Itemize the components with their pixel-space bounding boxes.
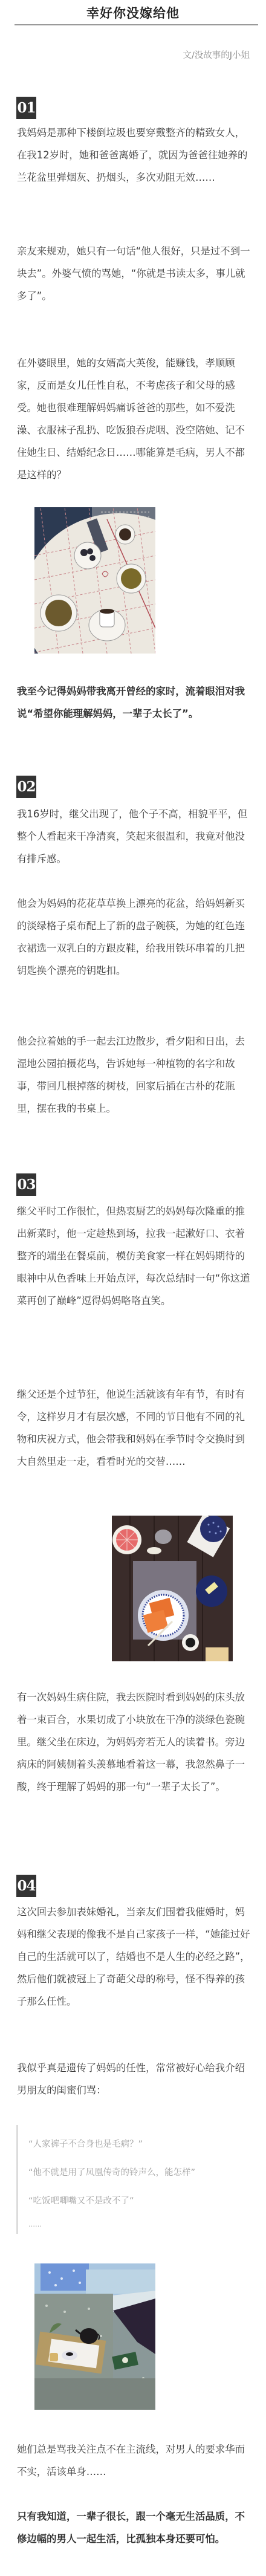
illustration-table-setting-tea: [34, 507, 155, 654]
article-title: 幸好你没嫁给他: [0, 4, 266, 22]
section-badge-03: 03: [16, 1173, 36, 1196]
title-divider: [15, 24, 258, 25]
paragraph: 在外婆眼里，她的女婿高大英俊，能赚钱，孝顺顾家，反而是女儿任性自私，不考虑孩子和…: [17, 352, 250, 486]
breakfast-illustration-art: [112, 1516, 233, 1661]
paragraph: 继父平时工作很忙，但热衷厨艺的妈妈每次隆重的推出新菜时，他一定趁热到场，拉我一起…: [17, 1200, 250, 1312]
illustration-bed-teapot: [34, 2263, 155, 2410]
paragraph: 他会为妈妈的花花草草换上漂亮的花盆，给妈妈新买的淡绿格子桌布配上了新的盘子碗筷，…: [17, 892, 250, 982]
section-badge-04: 04: [16, 1875, 36, 1897]
section-badge-02: 02: [16, 776, 36, 798]
paragraph: 他会拉着她的手一起去江边散步，看夕阳和日出，去湿地公园拍摄花鸟，告诉她每一种植物…: [17, 1030, 250, 1120]
table-setting-illustration-art: [34, 507, 155, 654]
quote-line: “他不就是用了凤凰传奇的铃声么，能怎样”: [28, 2166, 195, 2178]
quote-ellipsis: ……: [28, 2221, 42, 2228]
section-badge-01: 01: [16, 97, 36, 119]
paragraph: 有一次妈妈生病住院，我去医院时看到妈妈的床头放着一束百合，水果切成了小块放在干净…: [17, 1686, 250, 1798]
friends-quotes-block: “人家裤子不合身也是毛病？” “他不就是用了凤凰传奇的铃声么，能怎样” “吃饭吧…: [16, 2125, 246, 2234]
bed-teapot-illustration-art: [34, 2263, 155, 2410]
paragraph: 继父还是个过节狂，他说生活就该有年有节，有时有令，这样岁月才有层次感，不同的节日…: [17, 1383, 250, 1473]
quote-line: “吃饭吧唧嘴又不是改不了”: [28, 2194, 134, 2207]
closing-paragraph: 只有我知道，一辈子很长，跟一个毫无生活品质，不修边幅的男人一起生活，比孤独本身还…: [17, 2505, 250, 2550]
paragraph: 她们总是骂我关注点不在主流线，对男人的要求华而不实，活该单身……: [17, 2438, 250, 2483]
paragraph: 我似乎真是遗传了妈妈的任性，常常被好心给我介绍男朋友的闺蜜们骂：: [17, 2057, 250, 2101]
article-byline: 文/没故事的J小姐: [183, 48, 250, 61]
quote-line: “人家裤子不合身也是毛病？”: [28, 2137, 143, 2150]
closing-paragraph: 我至今记得妈妈带我离开曾经的家时，流着眼泪对我说“希望你能理解妈妈，一辈子太长了…: [17, 680, 250, 725]
paragraph: 我16岁时，继父出现了，他个子不高，相貌平平，但整个人看起来干净清爽，笑起来很温…: [17, 803, 250, 870]
illustration-breakfast-table: [112, 1516, 233, 1661]
paragraph: 亲友来规劝，她只有一句话“他人很好，只是过不到一块去”。外婆气愤的骂她，“你就是…: [17, 240, 250, 307]
paragraph: 我妈妈是那种下楼倒垃圾也要穿戴整齐的精致女人，在我12岁时，她和爸爸离婚了，就因…: [17, 122, 250, 189]
paragraph: 这次回去参加表妹婚礼，当亲友们围着我催婚时，妈妈和继父表现的像我不是自己家孩子一…: [17, 1901, 250, 2013]
